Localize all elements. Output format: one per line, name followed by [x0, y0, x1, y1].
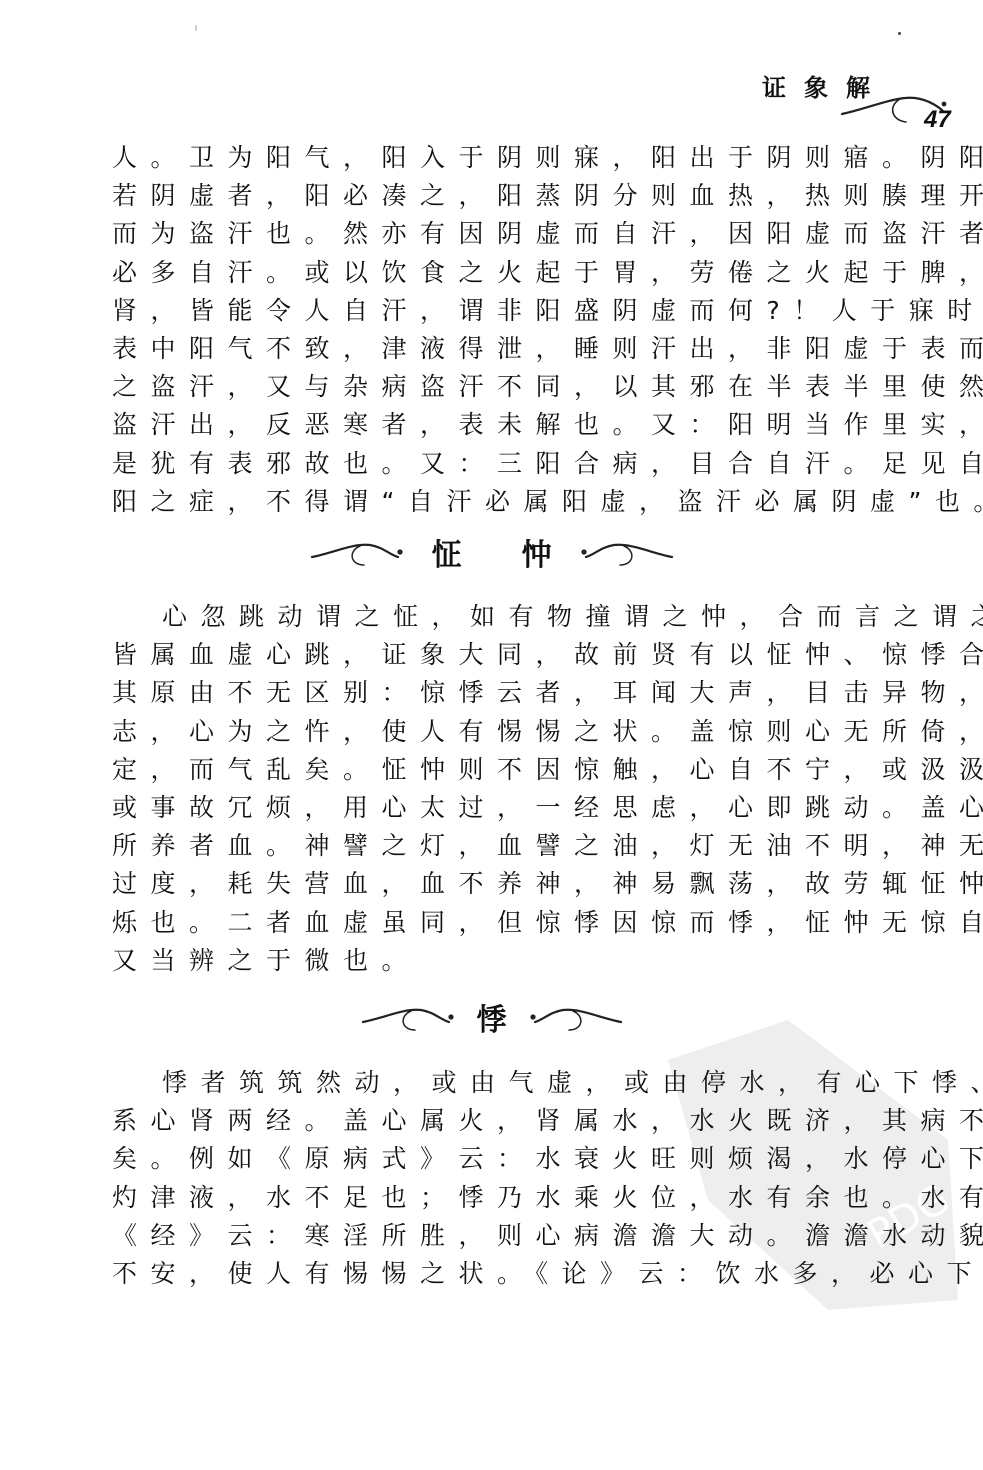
text-line: 矣。例如《原病式》云：水衰火旺则烦渴，水停心下则悸。是烦渴为火	[112, 1140, 888, 1178]
text-line: 过度，耗失营血，血不养神，神易飘荡，故劳辄怔忡，如灯无油，光必闪	[112, 865, 888, 903]
book-page: 证象解 47 人。卫为阳气，阳入于阴则寐，阳出于阴则寤。阴阳和平，则汗不作。 若…	[0, 0, 983, 1470]
text-line: 之盗汗，又与杂病盗汗不同，以其邪在半表半里使然。如《论》云：微	[112, 368, 888, 406]
section-heading-zhengchong: 怔 忡	[0, 530, 983, 574]
text-line: 《经》云：寒淫所胜，则心病澹澹大动。澹澹水动貌，此寒伤心主，而心	[112, 1217, 888, 1255]
scan-speck	[898, 32, 901, 35]
text-line: 烁也。二者血虚虽同，但惊悸因惊而悸，怔忡无惊自动，同中之异，是	[112, 904, 888, 942]
text-line: 志，心为之忤，使人有惕惕之状。盖惊则心无所倚，神无所归，虑无所	[112, 713, 888, 751]
text-line: 又当辨之于微也。	[112, 942, 888, 980]
left-swirl-ornament-icon	[359, 1000, 459, 1034]
text-line: 不安，使人有惕惕之状。《论》云：饮水多，必心下悸。以胸中之阳，不	[112, 1255, 888, 1293]
section-heading-ji: 悸	[0, 995, 983, 1039]
text-line: 系心肾两经。盖心属火，肾属水，水火既济，其病不作，苟一偏胜则病	[112, 1102, 888, 1140]
scan-speck	[195, 25, 197, 31]
text-line: 盗汗出，反恶寒者，表未解也。又：阳明当作里实，而脉浮者，必盗汗，	[112, 406, 888, 444]
section-2-body: 心忽跳动谓之怔，如有物撞谓之忡，合而言之谓之怔忡。与惊悸 皆属血虚心跳，证象大同…	[112, 598, 888, 980]
page-number: 47	[924, 106, 951, 134]
text-line: 其原由不无区别：惊悸云者，耳闻大声，目击异物，遇险临危，触事丧	[112, 674, 888, 712]
text-line: 定，而气乱矣。怔忡则不因惊触，心自不宁，或汲汲富贵，戚戚贫贱，	[112, 751, 888, 789]
text-line: 或事故冗烦，用心太过，一经思虑，心即跳动。盖心之所藏者神，神之	[112, 789, 888, 827]
text-line: 肾，皆能令人自汗，谓非阳盛阴虚而何?！人于寐时则卫气入于阴分，	[112, 292, 888, 330]
text-line: 所养者血。神譬之灯，血譬之油，灯无油不明，神无血不养。苟思虑	[112, 827, 888, 865]
text-line: 人。卫为阳气，阳入于阴则寐，阳出于阴则寤。阴阳和平，则汗不作。	[112, 139, 888, 177]
right-swirl-ornament-icon	[525, 1000, 625, 1034]
text-line: 是犹有表邪故也。又：三阳合病，目合自汗。足见自汗盗汗，各有阴	[112, 445, 888, 483]
section-3-body: 悸者筑筑然动，或由气虚，或由停水，有心下悸、脐下悸之别，关 系心肾两经。盖心属火…	[112, 1064, 888, 1293]
text-line: 表中阳气不致，津液得泄，睡则汗出，非阳虚于表而何?！至于伤寒症	[112, 330, 888, 368]
text-line: 皆属血虚心跳，证象大同，故前贤有以怔忡、惊悸合为一症者。然论	[112, 636, 888, 674]
section-1-body: 人。卫为阳气，阳入于阴则寐，阳出于阴则寤。阴阳和平，则汗不作。 若阴虚者，阳必凑…	[112, 139, 888, 521]
text-line: 悸者筑筑然动，或由气虚，或由停水，有心下悸、脐下悸之别，关	[112, 1064, 888, 1102]
text-line: 必多自汗。或以饮食之火起于胃，劳倦之火起于脾，色欲之火起于	[112, 254, 888, 292]
text-line: 若阴虚者，阳必凑之，阳蒸阴分则血热，热则腠理开，津液不固，外泄	[112, 177, 888, 215]
section-title: 悸	[477, 995, 507, 1039]
text-line: 而为盗汗也。然亦有因阴虚而自汗，因阳虚而盗汗者。如烦劳大热，	[112, 215, 888, 253]
text-line: 心忽跳动谓之怔，如有物撞谓之忡，合而言之谓之怔忡。与惊悸	[112, 598, 888, 636]
right-swirl-ornament-icon	[576, 535, 676, 569]
text-line: 阳之症，不得谓“自汗必属阳虚，盗汗必属阴虚”也。	[112, 483, 888, 521]
text-line: 灼津液，水不足也；悸乃水乘火位，水有余也。水有余何以病悸?	[112, 1179, 888, 1217]
section-title: 怔 忡	[432, 530, 552, 574]
left-swirl-ornament-icon	[308, 535, 408, 569]
